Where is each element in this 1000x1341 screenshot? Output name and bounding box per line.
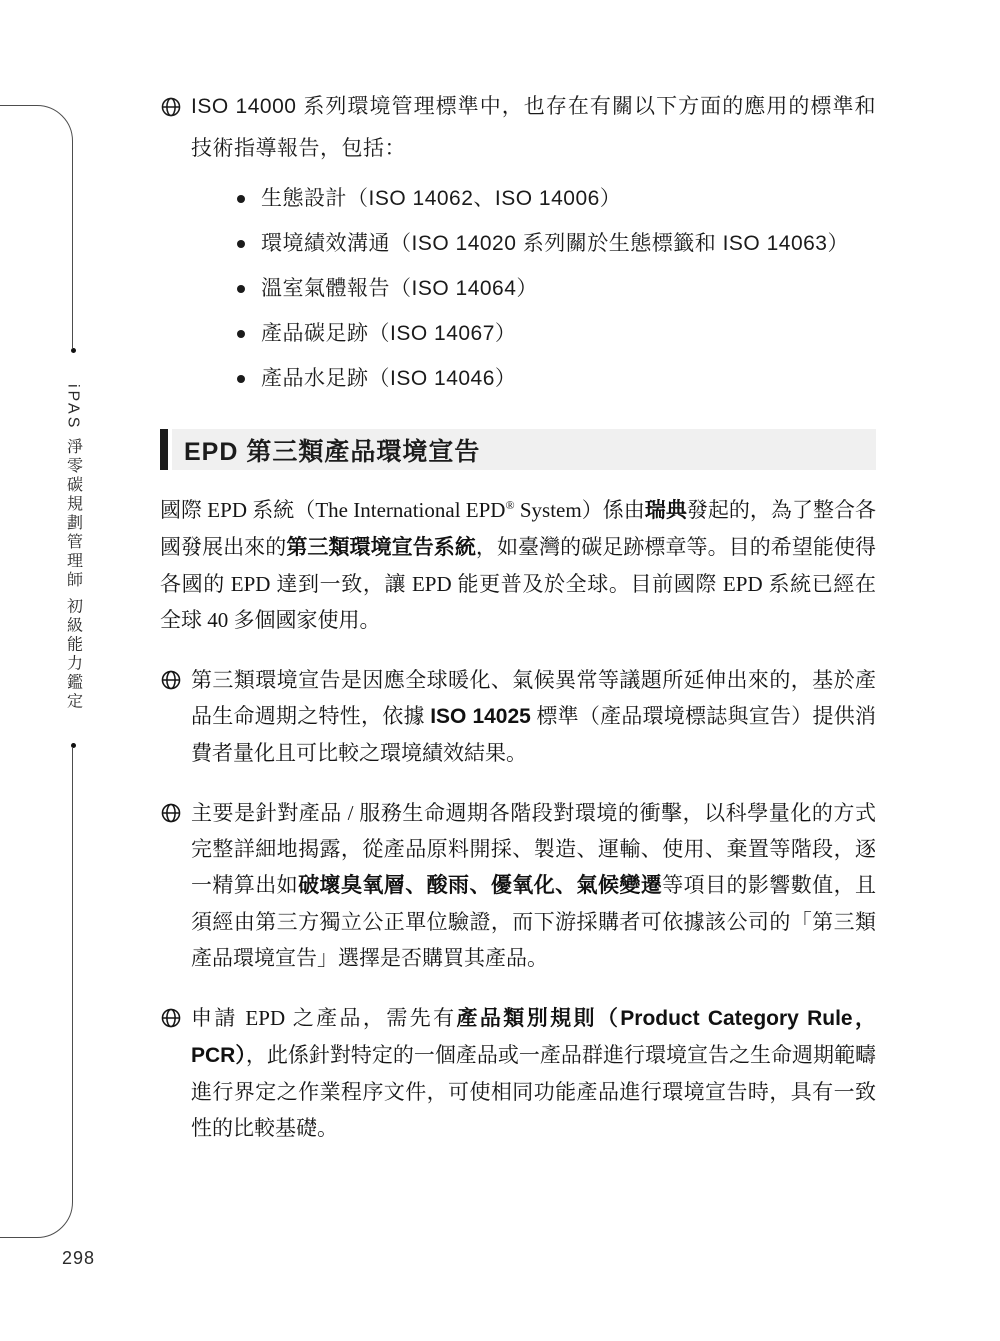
emphasis-text: 瑞典 — [645, 499, 687, 522]
dot-icon — [237, 240, 245, 248]
text-segment: System）係由 — [515, 498, 645, 522]
list-item-text: 環境績效溝通（ISO 14020 系列關於生態標籤和 ISO 14063） — [261, 221, 849, 266]
globe-icon — [160, 1007, 182, 1029]
text-segment: 申請 EPD 之產品，需先有 — [191, 1006, 457, 1030]
page-number: 298 — [62, 1248, 95, 1269]
globe-icon — [160, 669, 182, 691]
list-item: 溫室氣體報告（ISO 14064） — [160, 266, 876, 311]
text-segment: 國際 EPD 系統（The International EPD — [160, 498, 505, 522]
list-item: 生態設計（ISO 14062、ISO 14006） — [160, 176, 876, 221]
list-item-text: 溫室氣體報告（ISO 14064） — [261, 266, 538, 311]
bullet-text: 第三類環境宣告是因應全球暖化、氣候異常等議題所延伸出來的，基於產品生命週期之特性… — [191, 668, 876, 765]
iso-standards-list: 生態設計（ISO 14062、ISO 14006） 環境績效溝通（ISO 140… — [160, 176, 876, 401]
list-item-text: 產品水足跡（ISO 14046） — [261, 356, 516, 401]
epd-intro-paragraph: 國際 EPD 系統（The International EPD® System）… — [160, 492, 876, 638]
dot-icon — [237, 285, 245, 293]
emphasis-text: 破壞臭氧層、酸雨、優氧化、氣候變遷 — [298, 874, 662, 897]
book-title-vertical: iPAS 淨零碳規劃管理師 初級能力鑑定 — [62, 384, 85, 711]
content-bullet: 第三類環境宣告是因應全球暖化、氣候異常等議題所延伸出來的，基於產品生命週期之特性… — [160, 662, 876, 771]
globe-icon — [160, 802, 182, 824]
emphasis-text: ISO 14025 — [430, 705, 531, 728]
bullet-text: 主要是針對產品 / 服務生命週期各階段對環境的衝擊，以科學量化的方式完整詳細地揭… — [191, 801, 876, 970]
list-item-text: 產品碳足跡（ISO 14067） — [261, 311, 516, 356]
globe-icon — [160, 96, 182, 118]
dot-icon — [237, 375, 245, 383]
emphasis-text: 第三類環境宣告系統 — [286, 536, 476, 559]
intro-text: ISO 14000 系列環境管理標準中，也存在有關以下方面的應用的標準和技術指導… — [191, 95, 876, 160]
text-segment: ，此係針對特定的一個產品或一產品群進行環境宣告之生命週期範疇進行界定之作業程序文… — [191, 1043, 876, 1140]
section-header-bar — [160, 429, 168, 470]
line-end-dot-icon — [71, 743, 76, 748]
content-bullet: 申請 EPD 之產品，需先有產品類別規則（Product Category Ru… — [160, 1000, 876, 1146]
dot-icon — [237, 330, 245, 338]
bullet-text: 申請 EPD 之產品，需先有產品類別規則（Product Category Ru… — [191, 1006, 876, 1140]
text-segment: ® — [505, 498, 514, 512]
list-item: 產品碳足跡（ISO 14067） — [160, 311, 876, 356]
dot-icon — [237, 195, 245, 203]
intro-bullet: ISO 14000 系列環境管理標準中，也存在有關以下方面的應用的標準和技術指導… — [160, 86, 876, 170]
content-bullet: 主要是針對產品 / 服務生命週期各階段對環境的衝擊，以科學量化的方式完整詳細地揭… — [160, 795, 876, 976]
section-title: EPD 第三類產品環境宣告 — [172, 432, 480, 468]
list-item-text: 生態設計（ISO 14062、ISO 14006） — [261, 176, 621, 221]
section-header: EPD 第三類產品環境宣告 — [160, 429, 876, 470]
section-header-band: EPD 第三類產品環境宣告 — [172, 429, 876, 470]
page-content: ISO 14000 系列環境管理標準中，也存在有關以下方面的應用的標準和技術指導… — [160, 86, 876, 1146]
sidebar-vertical-label: iPAS 淨零碳規劃管理師 初級能力鑑定 — [56, 348, 90, 748]
line-end-dot-icon — [71, 348, 76, 353]
list-item: 環境績效溝通（ISO 14020 系列關於生態標籤和 ISO 14063） — [160, 221, 876, 266]
list-item: 產品水足跡（ISO 14046） — [160, 356, 876, 401]
